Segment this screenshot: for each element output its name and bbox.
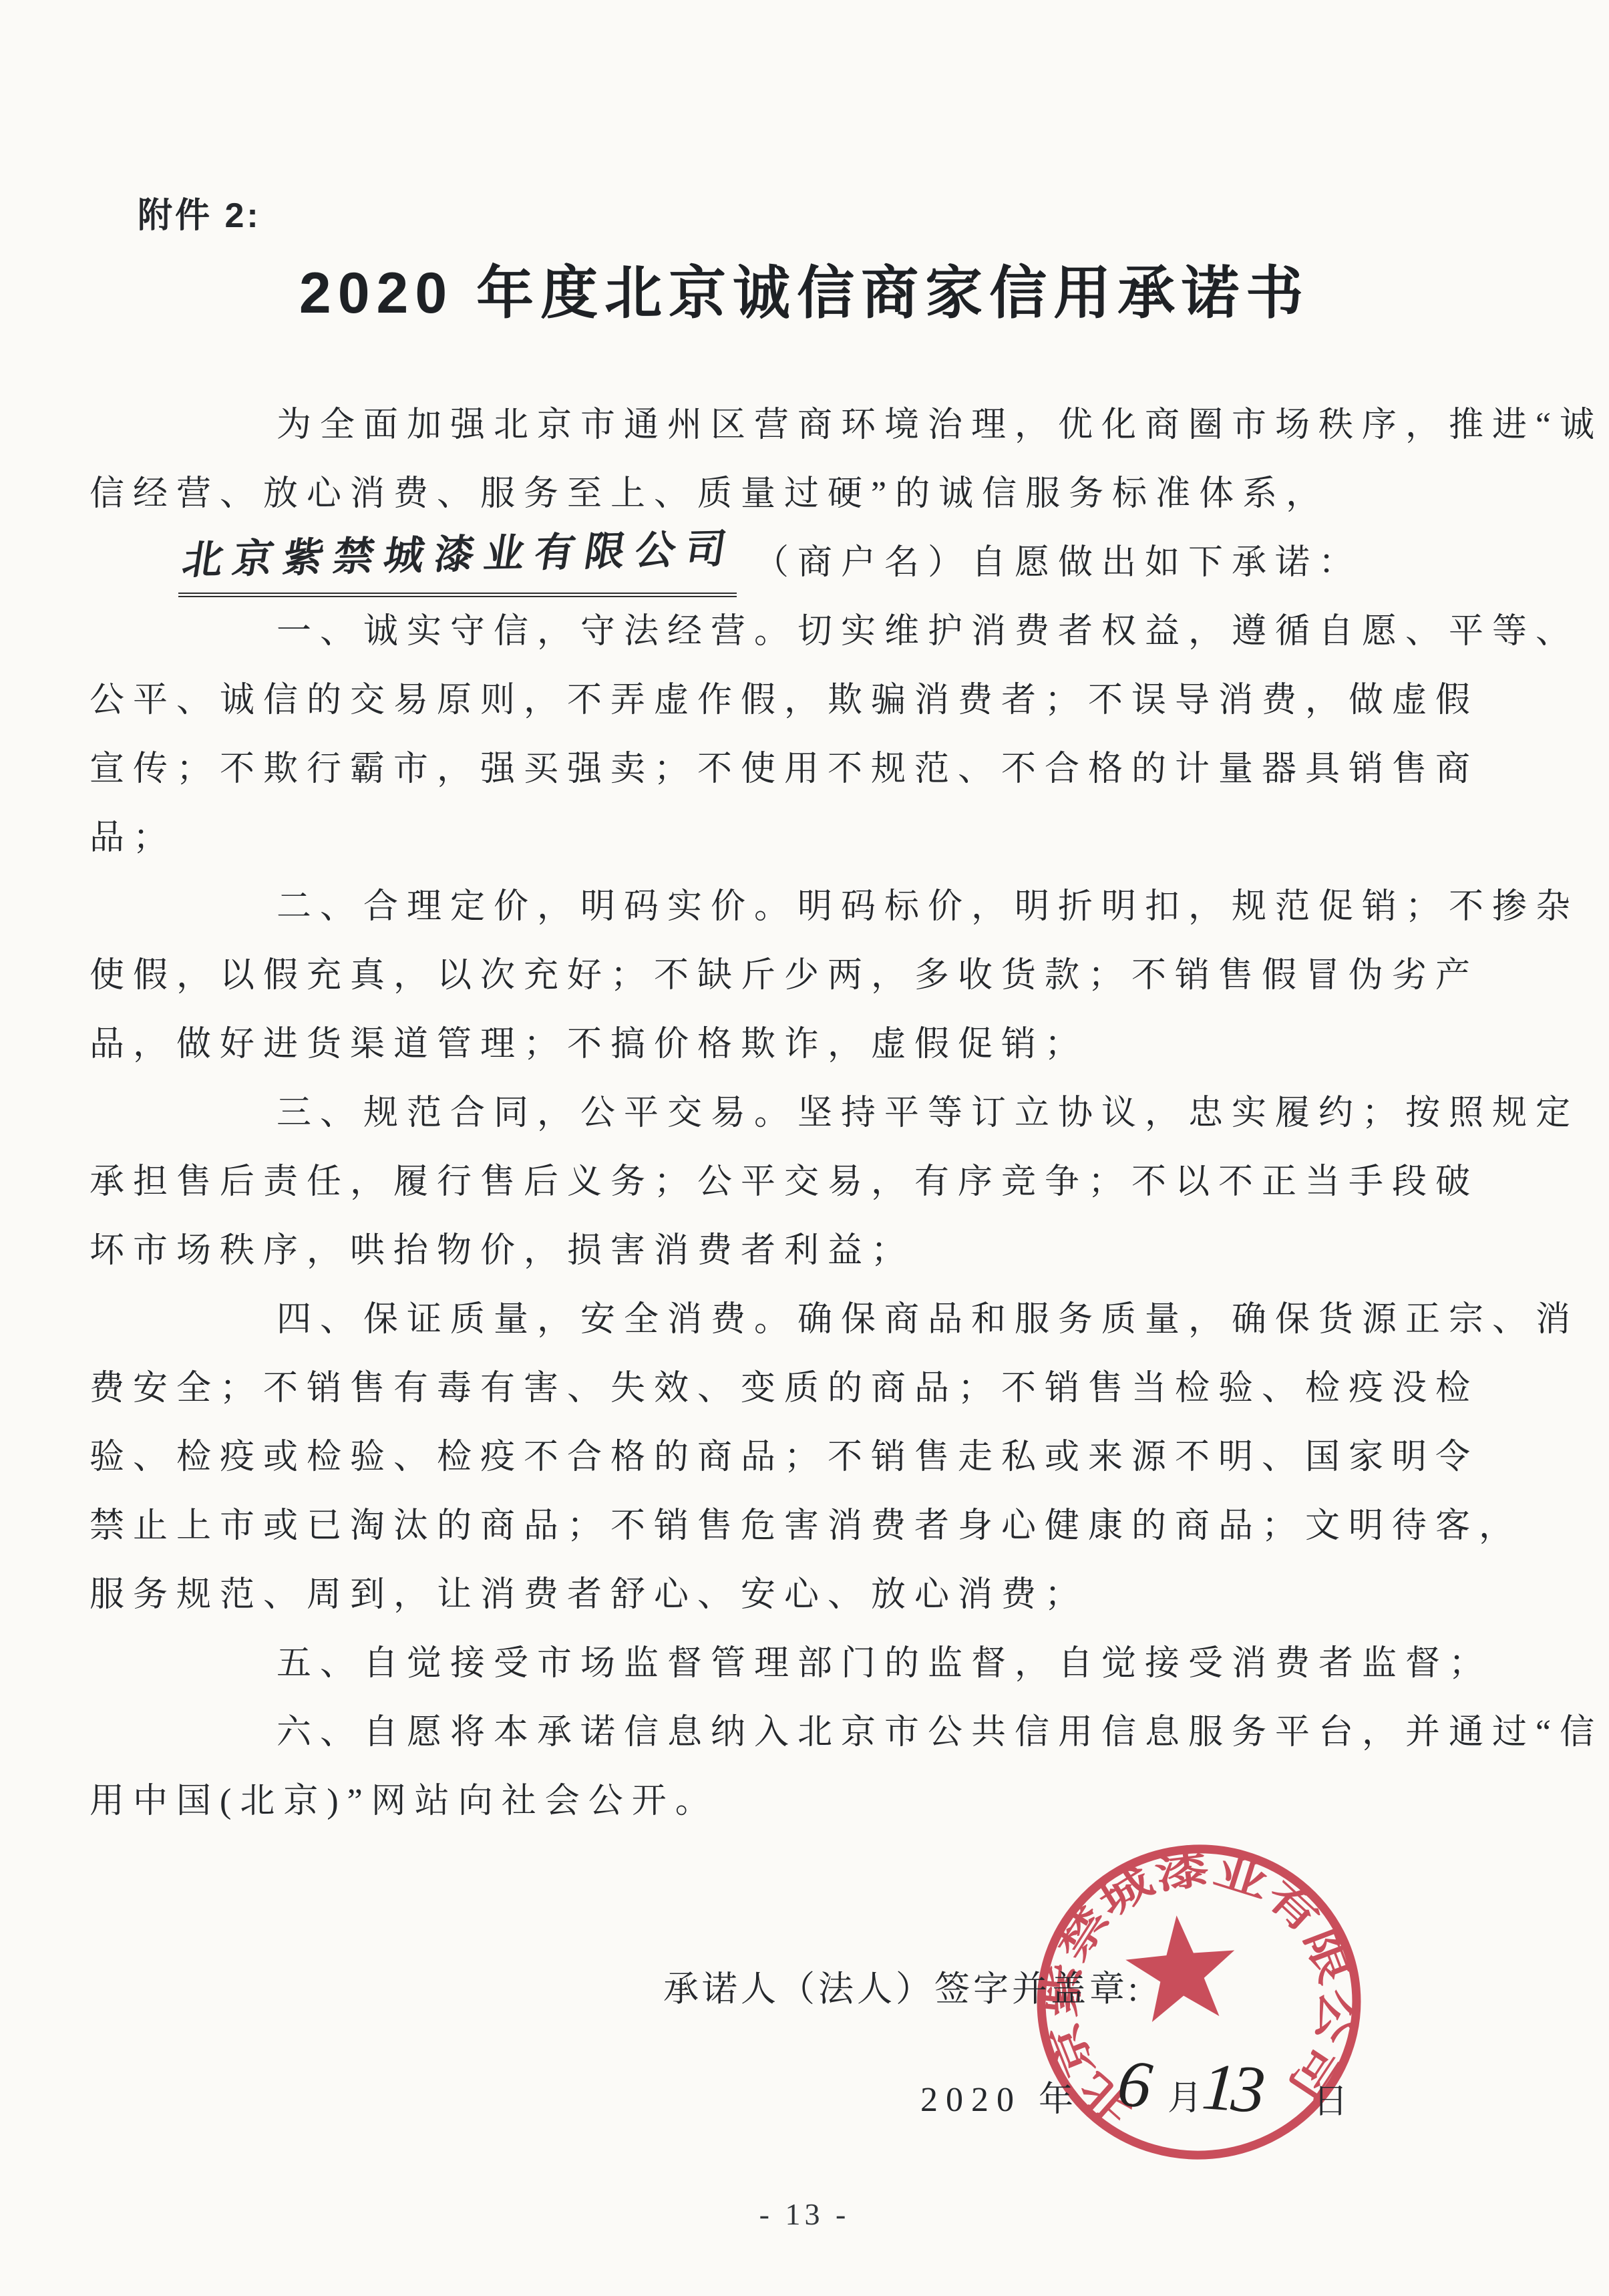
text-line: 品，做好进货渠道管理；不搞价格欺诈，虚假促销；	[90, 1010, 1532, 1079]
intro-paragraph: 为全面加强北京市通州区营商环境治理，优化商圈市场秩序，推进“诚信经营、放心消费、…	[90, 391, 1532, 528]
text-line: 信经营、放心消费、服务至上、质量过硬”的诚信服务标准体系，	[90, 460, 1532, 528]
date-day-label: 日	[1313, 2085, 1348, 2120]
page-number: - 13 -	[0, 2199, 1609, 2230]
text-line: 为全面加强北京市通州区营商环境治理，优化商圈市场秩序，推进“诚	[90, 391, 1532, 460]
text-line: 禁止上市或已淘汰的商品；不销售危害消费者身心健康的商品；文明待客，	[90, 1492, 1532, 1561]
merchant-line: 北京紫禁城漆业有限公司（商户名）自愿做出如下承诺：	[90, 528, 1532, 597]
document-page: 附件 2: 2020 年度北京诚信商家信用承诺书 为全面加强北京市通州区营商环境…	[0, 0, 1609, 2296]
page-title: 2020 年度北京诚信商家信用承诺书	[0, 265, 1609, 322]
date-year: 2020 年	[920, 2083, 1081, 2118]
text-line: 费安全；不销售有毒有害、失效、变质的商品；不销售当检验、检疫没检	[90, 1354, 1532, 1423]
text-line: 验、检疫或检验、检疫不合格的商品；不销售走私或来源不明、国家明令	[90, 1423, 1532, 1492]
merchant-line-suffix: （商户名）自愿做出如下承诺：	[754, 544, 1362, 582]
signature-label: 承诺人（法人）签字并盖章:	[663, 1972, 1141, 2007]
merchant-name-handwritten: 北京紫禁城漆业有限公司	[178, 520, 741, 590]
date-month-label: 月	[1168, 2082, 1202, 2116]
text-line: 服务规范、周到，让消费者舒心、安心、放心消费；	[90, 1561, 1532, 1629]
text-line: 四、保证质量，安全消费。确保商品和服务质量，确保货源正宗、消	[90, 1285, 1532, 1354]
document-body: 为全面加强北京市通州区营商环境治理，优化商圈市场秩序，推进“诚信经营、放心消费、…	[90, 391, 1532, 1836]
text-line: 使假，以假充真，以次充好；不缺斤少两，多收货款；不销售假冒伪劣产	[90, 941, 1532, 1010]
text-line: 五、自觉接受市场监督管理部门的监督，自觉接受消费者监督；	[90, 1629, 1532, 1698]
text-line: 宣传；不欺行霸市，强买强卖；不使用不规范、不合格的计量器具销售商	[90, 735, 1532, 804]
text-line: 承担售后责任，履行售后义务；公平交易，有序竞争；不以不正当手段破	[90, 1148, 1532, 1216]
commitment-paragraphs: 一、诚实守信，守法经营。切实维护消费者权益，遵循自愿、平等、公平、诚信的交易原则…	[90, 597, 1532, 1836]
text-line: 六、自愿将本承诺信息纳入北京市公共信用信息服务平台，并通过“信	[90, 1698, 1532, 1767]
text-line: 坏市场秩序，哄抬物价，损害消费者利益；	[90, 1216, 1532, 1285]
date-day-handwritten: 13	[1200, 2053, 1264, 2124]
text-line: 二、合理定价，明码实价。明码标价，明折明扣，规范促销；不掺杂	[90, 872, 1532, 941]
text-line: 用中国(北京)”网站向社会公开。	[90, 1767, 1532, 1836]
attachment-label: 附件 2:	[138, 198, 261, 233]
text-line: 品；	[90, 804, 1532, 872]
text-line: 三、规范合同，公平交易。坚持平等订立协议，忠实履约；按照规定	[90, 1079, 1532, 1148]
text-line: 一、诚实守信，守法经营。切实维护消费者权益，遵循自愿、平等、	[90, 597, 1532, 666]
merchant-name-underline: 北京紫禁城漆业有限公司	[178, 531, 737, 597]
text-line: 公平、诚信的交易原则，不弄虚作假，欺骗消费者；不误导消费，做虚假	[90, 666, 1532, 735]
